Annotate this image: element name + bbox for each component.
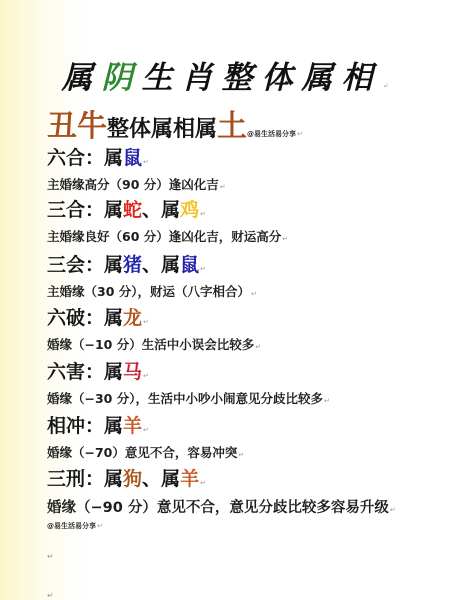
footer-watermark: @易生活易分享↵ xyxy=(47,521,103,531)
relation-label: 三刑： xyxy=(47,468,104,490)
description-text: 婚缘（−90 分）意见不合，意见分歧比较多容易升级 xyxy=(47,500,389,516)
match-animal: 鼠 xyxy=(123,147,142,169)
relation-label: 六合： xyxy=(47,147,104,169)
title-part: 生肖整体属相 xyxy=(142,60,382,96)
section-description: 婚缘（−30 分），生活中小吵小闹意见分歧比较多↵ xyxy=(47,389,330,407)
paragraph-mark-icon: ↵ xyxy=(297,130,303,138)
match-animal: 狗 xyxy=(123,468,142,490)
relation-label: 三合： xyxy=(47,199,104,221)
match-prefix: 属 xyxy=(161,199,180,221)
title-part: 属 xyxy=(62,60,102,96)
paragraph-mark-icon: ↵ xyxy=(143,318,149,326)
match-prefix: 属 xyxy=(104,415,123,437)
match-prefix: 属 xyxy=(161,468,180,490)
paragraph-mark-icon: ↵ xyxy=(324,397,330,405)
section-heading-liuhe: 六合：属鼠↵ xyxy=(47,143,149,170)
description-text: 主婚缘良好（60 分）逢凶化吉，财运高分 xyxy=(47,229,281,244)
relation-label: 六破： xyxy=(47,307,104,329)
section-description: 婚缘（−90 分）意见不合，意见分歧比较多容易升级↵ xyxy=(47,496,396,517)
match-prefix: 属 xyxy=(104,254,123,276)
match-prefix: 属 xyxy=(104,307,123,329)
match-animal: 鼠 xyxy=(180,254,199,276)
match-animal: 猪 xyxy=(123,254,142,276)
paragraph-mark-icon: ↵ xyxy=(200,479,206,487)
match-prefix: 属 xyxy=(104,468,123,490)
section-description: 主婚缘良好（60 分）逢凶化吉，财运高分↵ xyxy=(47,227,288,245)
separator: 、 xyxy=(142,199,161,221)
section-description: 主婚缘高分（90 分）逢凶化吉↵ xyxy=(47,175,226,193)
description-text: 主婚缘（30 分），财运（八字相合） xyxy=(47,284,250,299)
paragraph-mark-icon: ↵ xyxy=(47,552,54,561)
separator: 、 xyxy=(142,254,161,276)
section-heading-xiangchong: 相冲：属羊↵ xyxy=(47,411,149,438)
paragraph-mark-icon: ↵ xyxy=(383,82,389,90)
match-animal: 鸡 xyxy=(180,199,199,221)
page-title: 属阴生肖整体属相↵ xyxy=(0,52,450,97)
section-heading-sanhe: 三合：属蛇、属鸡↵ xyxy=(47,195,206,222)
match-prefix: 属 xyxy=(104,361,123,383)
match-animal: 蛇 xyxy=(123,199,142,221)
match-animal: 马 xyxy=(123,361,142,383)
section-heading-sanhui: 三会：属猪、属鼠↵ xyxy=(47,250,206,277)
zodiac-name: 丑牛 xyxy=(47,109,107,144)
paragraph-mark-icon: ↵ xyxy=(143,426,149,434)
relation-label: 相冲： xyxy=(47,415,104,437)
section-heading-liupo: 六破：属龙↵ xyxy=(47,303,149,330)
separator: 、 xyxy=(142,468,161,490)
relation-label: 三会： xyxy=(47,254,104,276)
paragraph-mark-icon: ↵ xyxy=(200,210,206,218)
paragraph-mark-icon: ↵ xyxy=(97,522,103,530)
description-text: 婚缘（−10 分）生活中小误会比较多 xyxy=(47,337,254,352)
subheading-text: 整体属相属 xyxy=(107,117,217,142)
section-description: 主婚缘（30 分），财运（八字相合）↵ xyxy=(47,282,257,300)
element-name: 土 xyxy=(217,109,247,144)
match-prefix: 属 xyxy=(104,147,123,169)
description-text: 主婚缘高分（90 分）逢凶化吉 xyxy=(47,177,219,192)
match-prefix: 属 xyxy=(161,254,180,276)
section-description: 婚缘（−70）意见不合，容易冲突↵ xyxy=(47,443,244,461)
paragraph-mark-icon: ↵ xyxy=(282,235,288,243)
title-highlight-yin: 阴 xyxy=(102,60,142,96)
match-animal: 龙 xyxy=(123,307,142,329)
paragraph-mark-icon: ↵ xyxy=(390,506,396,514)
section-heading-liuhai: 六害：属马↵ xyxy=(47,357,149,384)
watermark: @易生活易分享 xyxy=(47,522,96,530)
section-heading-sanxing: 三刑：属狗、属羊↵ xyxy=(47,464,206,491)
description-text: 婚缘（−70）意见不合，容易冲突 xyxy=(47,445,237,460)
paragraph-mark-icon: ↵ xyxy=(251,290,257,298)
zodiac-subheading: 丑牛整体属相属土@易生活易分享↵ xyxy=(47,101,303,145)
paragraph-mark-icon: ↵ xyxy=(255,343,261,351)
relation-label: 六害： xyxy=(47,361,104,383)
match-animal: 羊 xyxy=(180,468,199,490)
paragraph-mark-icon: ↵ xyxy=(220,183,226,191)
section-description: 婚缘（−10 分）生活中小误会比较多↵ xyxy=(47,335,261,353)
paragraph-mark-icon: ↵ xyxy=(200,265,206,273)
match-prefix: 属 xyxy=(104,199,123,221)
paragraph-mark-icon: ↵ xyxy=(143,372,149,380)
match-animal: 羊 xyxy=(123,415,142,437)
description-text: 婚缘（−30 分），生活中小吵小闹意见分歧比较多 xyxy=(47,391,323,406)
document-page: 属阴生肖整体属相↵ 丑牛整体属相属土@易生活易分享↵ 六合：属鼠↵ 主婚缘高分（… xyxy=(0,0,450,600)
paragraph-mark-icon: ↵ xyxy=(143,158,149,166)
watermark: @易生活易分享 xyxy=(247,130,296,138)
paragraph-mark-icon: ↵ xyxy=(238,451,244,459)
paragraph-mark-icon: ↵ xyxy=(47,591,54,600)
